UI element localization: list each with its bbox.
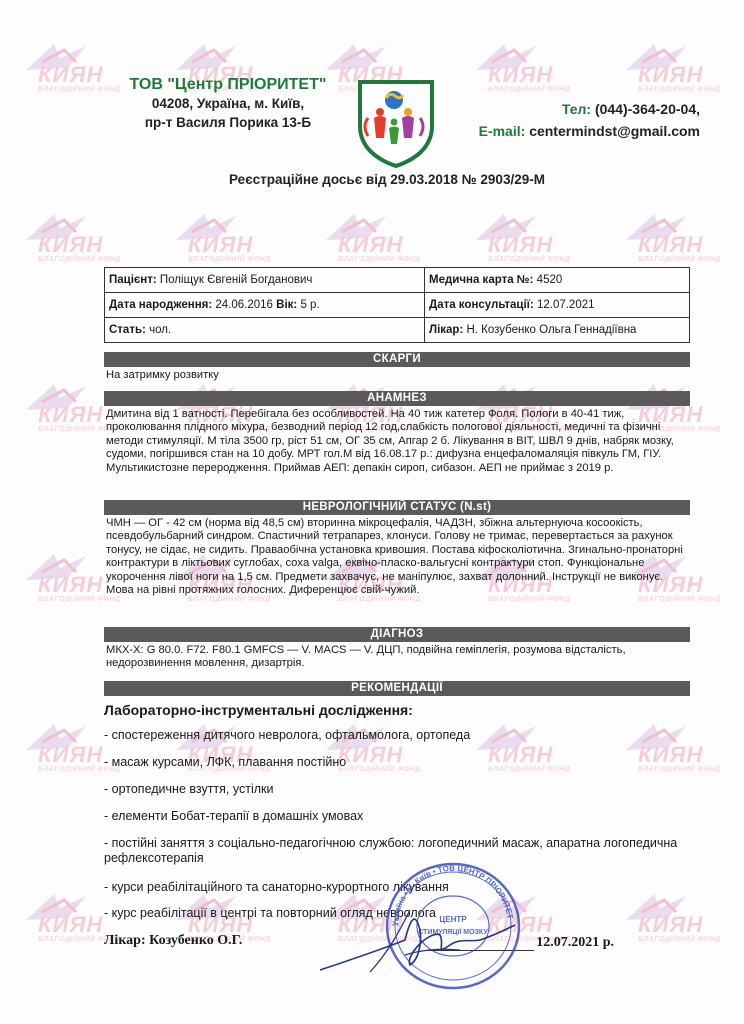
anamnesis-text: Дмитина від 1 ватності. Перебігала без о… xyxy=(104,406,690,475)
table-row: Дата народження: 24.06.2016 Вік: 5 р. Да… xyxy=(105,293,690,318)
medical-card-value: 4520 xyxy=(537,274,563,286)
patient-name-cell: Пацієнт: Поліщук Євгеній Богданович xyxy=(105,268,425,293)
email-line: E-mail: centermindst@gmail.com xyxy=(460,120,700,142)
org-name: ТОВ "Центр ПРІОРИТЕТ" xyxy=(118,76,338,94)
diagnosis-text: МКХ-Х: G 80.0. F72. F80.1 GMFCS — V. MAC… xyxy=(104,642,690,671)
contact-block: Тел: (044)-364-20-04, E-mail: centermind… xyxy=(460,98,700,142)
doctor-label: Лікар: xyxy=(429,324,463,336)
consult-date-value: 12.07.2021 xyxy=(537,299,595,311)
org-logo-icon xyxy=(356,78,436,168)
document-page: ТОВ "Центр ПРІОРИТЕТ" 04208, Україна, м.… xyxy=(0,0,744,1024)
sex-cell: Стать: чол. xyxy=(105,318,425,343)
org-address-line2: пр-т Василя Порика 13-Б xyxy=(118,113,338,132)
recommendations-header: РЕКОМЕНДАЦІЇ xyxy=(104,681,690,696)
email-label: E-mail: xyxy=(479,123,526,139)
handwritten-signature-icon xyxy=(310,900,530,985)
neuro-status-section: НЕВРОЛОГІЧНИЙ СТАТУС (N.st) ЧМН — ОГ - 4… xyxy=(104,500,690,597)
neuro-status-header: НЕВРОЛОГІЧНИЙ СТАТУС (N.st) xyxy=(104,500,690,515)
anamnesis-header: АНАМНЕЗ xyxy=(104,391,690,406)
phone-value: (044)-364-20-04, xyxy=(595,101,700,117)
neuro-status-text: ЧМН — ОГ - 42 см (норма від 48,5 см) вто… xyxy=(104,515,690,597)
doctor-cell: Лікар: Н. Козубенко Ольга Геннадіївна xyxy=(425,318,690,343)
sex-label: Стать: xyxy=(109,324,146,336)
patient-name-value: Поліщук Євгеній Богданович xyxy=(160,274,312,286)
diagnosis-header: ДІАГНОЗ xyxy=(104,627,690,642)
diagnosis-section: ДІАГНОЗ МКХ-Х: G 80.0. F72. F80.1 GMFCS … xyxy=(104,627,690,671)
age-value: 5 р. xyxy=(300,299,319,311)
table-row: Стать: чол. Лікар: Н. Козубенко Ольга Ге… xyxy=(105,318,690,343)
patient-info-table: Пацієнт: Поліщук Євгеній Богданович Меди… xyxy=(104,267,690,343)
dob-value: 24.06.2016 xyxy=(215,299,273,311)
age-label: Вік: xyxy=(276,299,297,311)
complaints-section: СКАРГИ На затримку розвитку xyxy=(104,352,690,382)
recommendations-section: РЕКОМЕНДАЦІЇ xyxy=(104,681,690,696)
signature-doctor-label: Лікар: Козубенко О.Г. xyxy=(104,933,242,949)
dob-label: Дата народження: xyxy=(109,299,212,311)
medical-card-cell: Медична карта №: 4520 xyxy=(425,268,690,293)
email-value: centermindst@gmail.com xyxy=(529,123,700,139)
consult-date-cell: Дата консультації: 12.07.2021 xyxy=(425,293,690,318)
patient-name-label: Пацієнт: xyxy=(109,274,157,286)
recommendation-item: - ортопедичне взуття, устілки xyxy=(104,782,690,797)
recommendations-subtitle: Лабораторно-інструментальні дослідження: xyxy=(104,702,413,718)
phone-label: Тел: xyxy=(562,101,591,117)
recommendation-item: - спостереження дитячого невролога, офта… xyxy=(104,728,690,743)
signature-date: 12.07.2021 р. xyxy=(536,935,614,951)
complaints-header: СКАРГИ xyxy=(104,352,690,367)
recommendation-item: - масаж курсами, ЛФК, плавання постійно xyxy=(104,755,690,770)
org-address-line1: 04208, Україна, м. Київ, xyxy=(118,94,338,113)
registration-title: Реєстраційне досьє від 29.03.2018 № 2903… xyxy=(0,172,744,187)
anamnesis-section: АНАМНЕЗ Дмитина від 1 ватності. Перебіга… xyxy=(104,391,690,475)
org-block: ТОВ "Центр ПРІОРИТЕТ" 04208, Україна, м.… xyxy=(118,76,338,132)
medical-card-label: Медична карта №: xyxy=(429,274,533,286)
complaints-text: На затримку розвитку xyxy=(104,367,690,382)
sex-value: чол. xyxy=(149,324,171,336)
phone-line: Тел: (044)-364-20-04, xyxy=(460,98,700,120)
consult-date-label: Дата консультації: xyxy=(429,299,534,311)
doctor-value: Н. Козубенко Ольга Геннадіївна xyxy=(466,324,636,336)
recommendation-item: - елементи Бобат-терапії в домашніх умов… xyxy=(104,809,690,824)
dob-cell: Дата народження: 24.06.2016 Вік: 5 р. xyxy=(105,293,425,318)
table-row: Пацієнт: Поліщук Євгеній Богданович Меди… xyxy=(105,268,690,293)
